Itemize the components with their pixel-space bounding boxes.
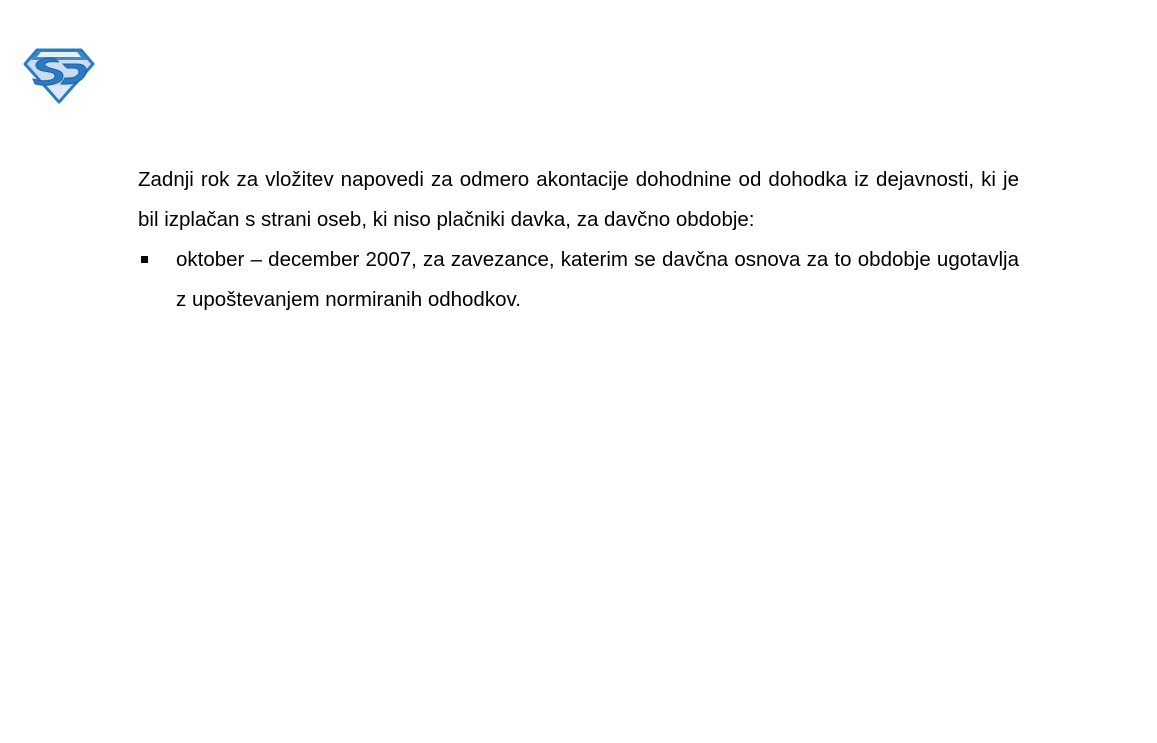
square-bullet-icon [141,256,148,263]
sd-logo [23,48,95,104]
document-body: Zadnji rok za vložitev napovedi za odmer… [138,160,1019,320]
list-item: oktober – december 2007, za zavezance, k… [138,240,1019,320]
deadline-list: oktober – december 2007, za zavezance, k… [138,240,1019,320]
intro-paragraph: Zadnji rok za vložitev napovedi za odmer… [138,160,1019,240]
sd-shield-logo-icon [23,48,95,104]
list-item-text: oktober – december 2007, za zavezance, k… [176,248,1019,311]
